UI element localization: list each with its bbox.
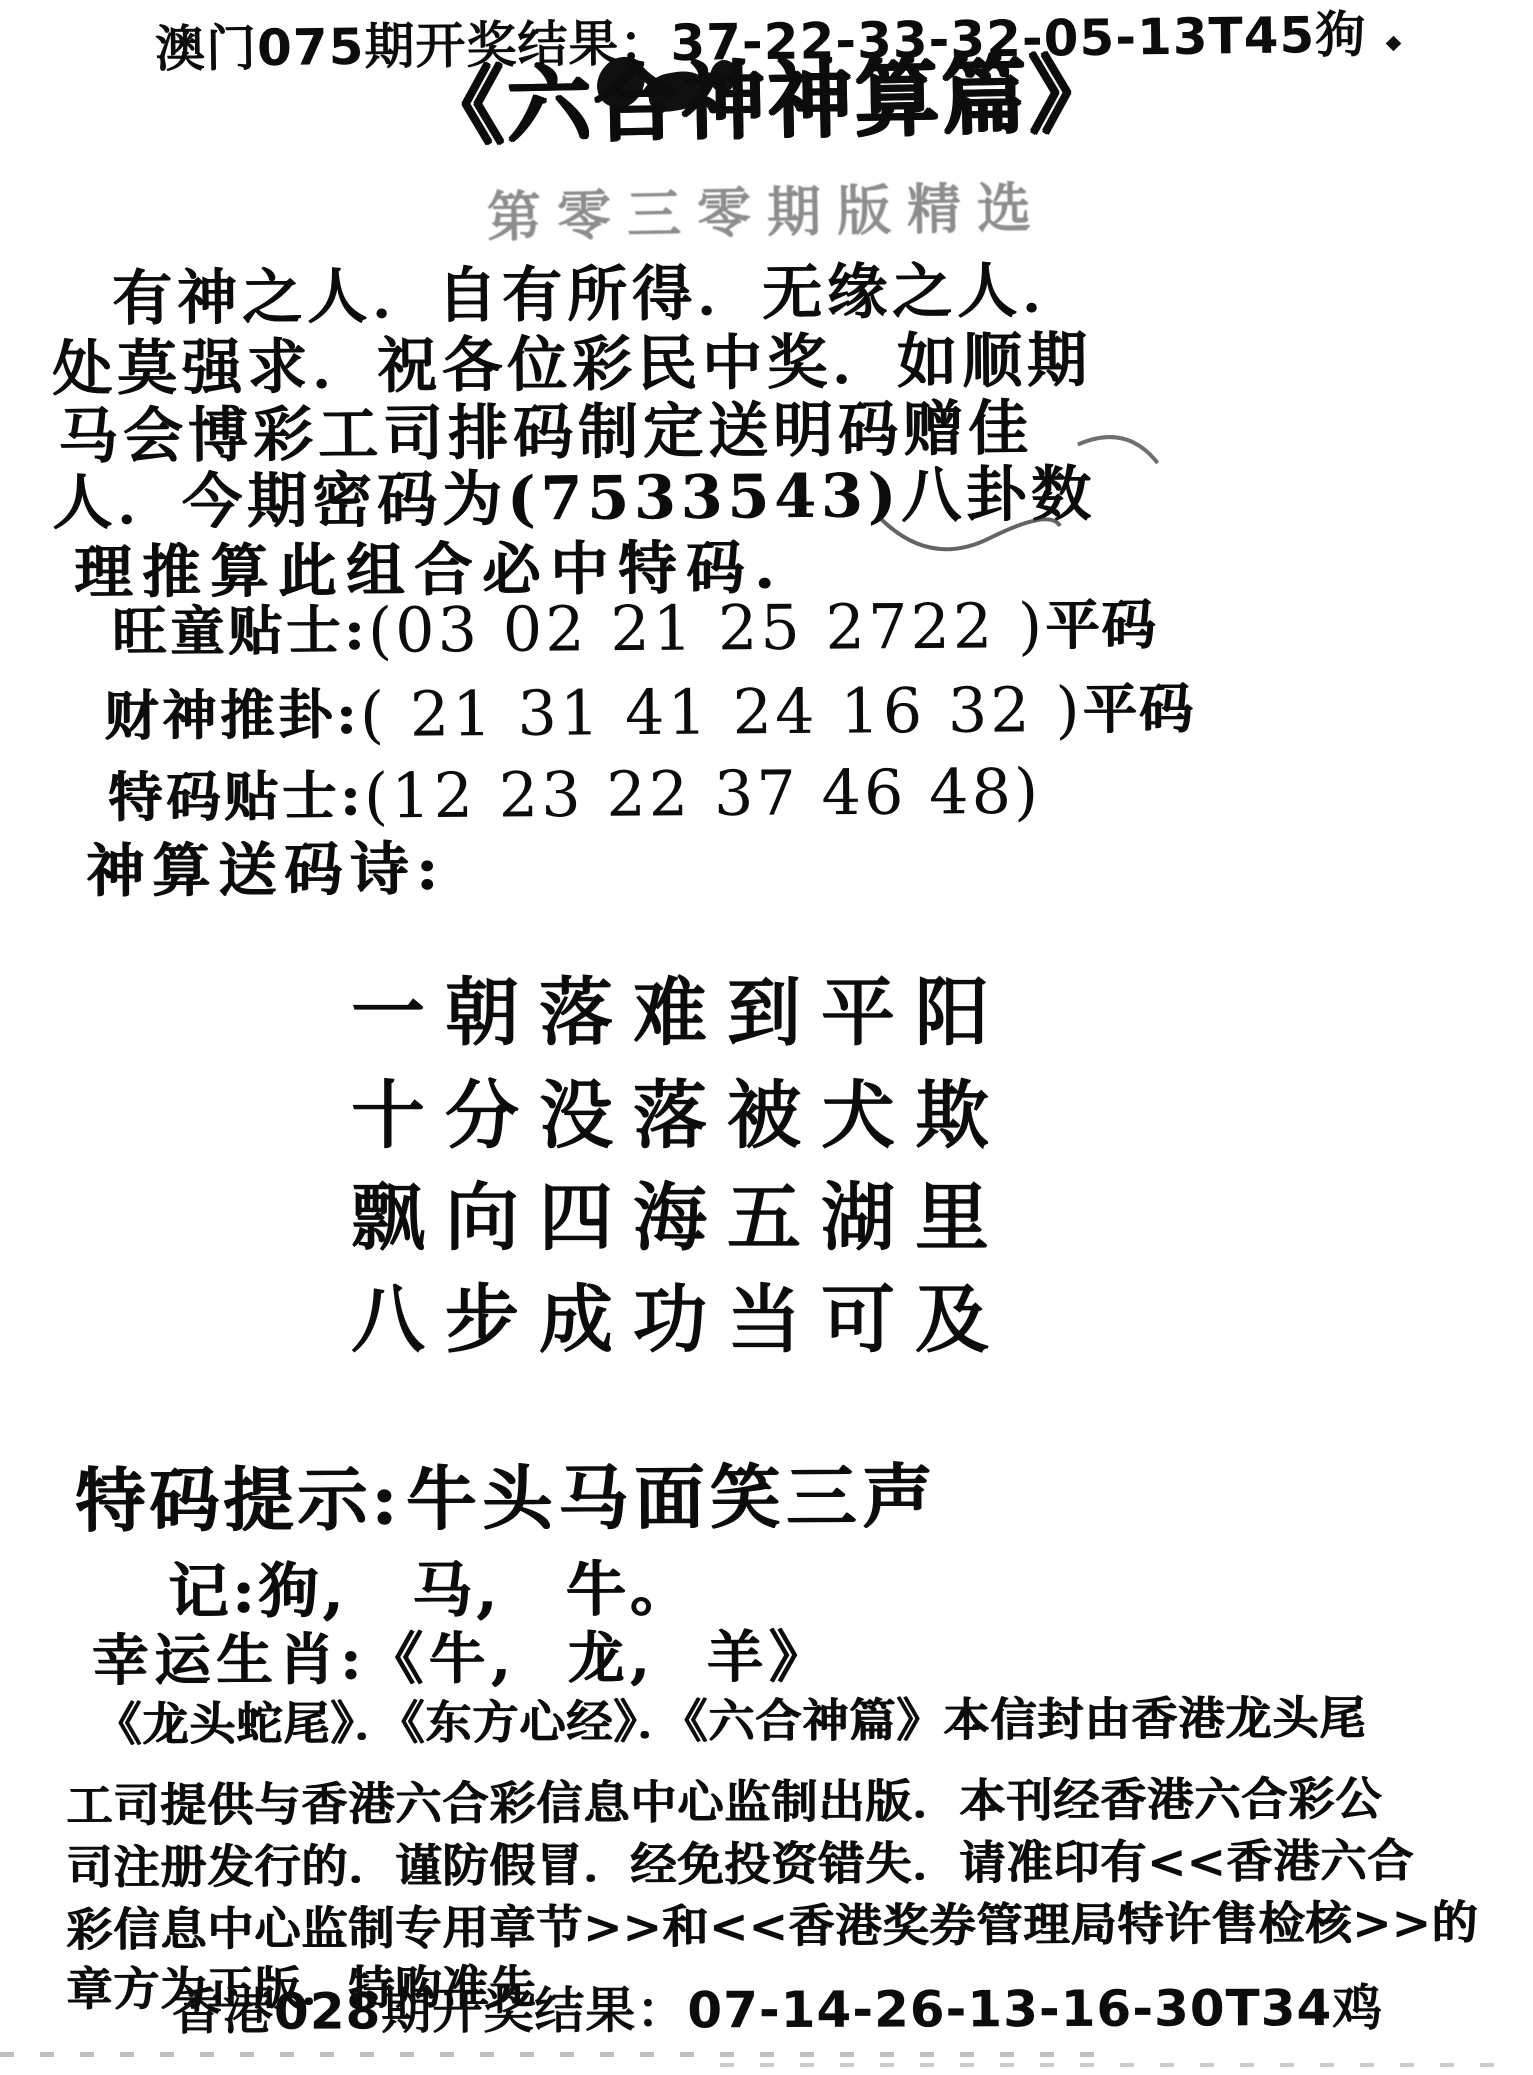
intro-line-1: 有神之人．自有所得．无缘之人． [112, 260, 1088, 332]
poem-line-4: 八步成功当可及 [0, 1282, 1360, 1360]
tip-numbers: ( 21 31 41 24 16 32 ) [360, 677, 1083, 747]
special-hint-label: 特码提示: [75, 1458, 401, 1543]
intro-line-2: 处莫强求．祝各位彩民中奖．如顺期 [52, 329, 1093, 401]
scan-noise [0, 2052, 1100, 2057]
lucky-zodiac-line: 幸运生肖:《牛, 龙, 羊》 [92, 1628, 831, 1691]
poem-line-1: 一朝落难到平阳 [0, 975, 1360, 1053]
intro-line-3: 马会博彩工司排码制定送明码赠佳 [58, 398, 1034, 470]
tip-row-tema: 特码贴士: (12 23 22 37 46 48) [108, 759, 1042, 831]
poem-header: 神算送码诗: [86, 839, 446, 902]
tip-suffix: 平码 [1045, 597, 1157, 654]
page-title: 《六合神神算篇》 [418, 49, 1116, 151]
ink-speck [1386, 36, 1402, 52]
tip-suffix: 平码 [1082, 680, 1194, 737]
edition-subtitle: 第零三零期版精选 [486, 179, 1047, 245]
tip-row-caishen: 财神推卦: ( 21 31 41 24 16 32 ) 平码 [104, 676, 1195, 749]
memo-line: 记:狗, 马, 牛。 [168, 1559, 694, 1625]
tip-numbers: (12 23 22 37 46 48) [364, 759, 1042, 829]
tip-row-wangtong: 旺童贴士: (03 02 21 25 2722 ) 平码 [112, 592, 1158, 664]
poem-line-2: 十分没落被犬欺 [0, 1078, 1360, 1156]
tip-label: 财神推卦: [104, 686, 360, 744]
scan-noise [720, 2063, 1520, 2067]
tip-numbers: (03 02 21 25 2722 ) [368, 593, 1046, 663]
hongkong-result-line: 香港028期开奖结果：07-14-26-13-16-30T34鸡 [172, 1982, 1383, 2039]
tip-label: 特码贴士: [108, 768, 364, 826]
fineprint-line-1: 《龙头蛇尾》．《东方心经》．《六合神篇》本信封由香港龙头尾 [95, 1694, 1366, 1749]
special-hint-row: 特码提示: 牛头马面笑三声 [75, 1460, 938, 1538]
tip-label: 旺童贴士: [112, 602, 368, 660]
poem-line-3: 飘向四海五湖里 [0, 1180, 1360, 1258]
fineprint-line-2: 工司提供与香港六合彩信息中心监制出版．本刊经香港六合彩公 [66, 1775, 1382, 1830]
pen-scribble [870, 496, 1070, 576]
special-hint-text: 牛头马面笑三声 [406, 1455, 938, 1541]
fineprint-line-4: 彩信息中心监制专用章节>>和<<香港奖券管理局特许售检核>>的 [66, 1898, 1478, 1954]
fineprint-line-3: 司注册发行的．谨防假冒．经免投资错失．请准印有<<香港六合 [66, 1836, 1414, 1891]
scanned-lottery-flyer: 澳门075期开奖结果：37-22-33-32-05-13T45狗 《六合神神算篇… [0, 0, 1533, 2075]
